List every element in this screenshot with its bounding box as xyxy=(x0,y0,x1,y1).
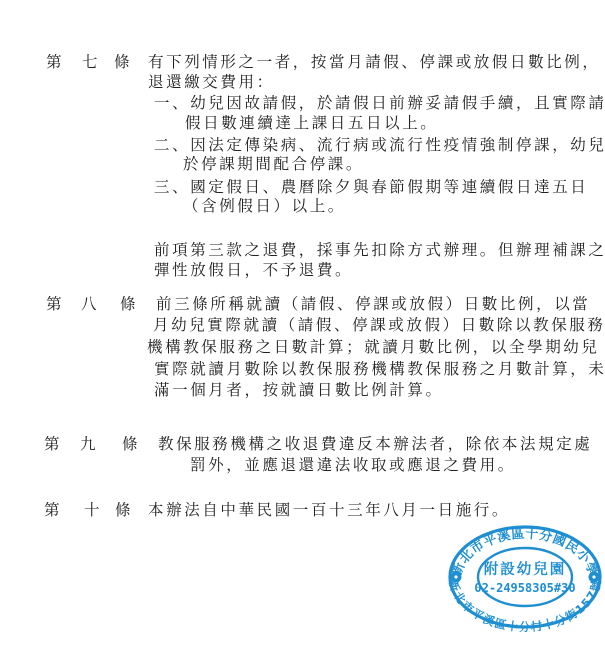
article-8-line-3: 機構教保服務之日數計算；就讀月數比例，以全學期幼兒 xyxy=(147,337,600,357)
article-8-label-di: 第 xyxy=(46,294,62,314)
article-7-item-2-line-2: 於停課期間配合停課。 xyxy=(183,154,364,174)
article-8-label-tiao: 條 xyxy=(120,294,136,314)
article-9-line-1: 教保服務機構之收退費違反本辦法者，除依本法規定處 xyxy=(158,434,592,454)
article-7-item-2-line-1: 二、因法定傳染病、流行病或流行性疫情強制停課，幼兒 xyxy=(154,135,605,155)
article-8-line-5: 滿一個月者，按就讀日數比例計算。 xyxy=(154,380,444,400)
article-8-line-1: 前三條所稱就讀（請假、停課或放假）日數比例，以當 xyxy=(156,294,590,314)
article-9-label-di: 第 xyxy=(44,434,60,454)
kindergarten-official-stamp: 新北市平溪區十分國民小學 新北市平溪區十分村十分街157號 附設幼兒園 02-2… xyxy=(446,522,604,632)
article-7-label-di: 第 xyxy=(46,52,62,72)
stamp-graphic: 新北市平溪區十分國民小學 新北市平溪區十分村十分街157號 附設幼兒園 02-2… xyxy=(446,522,604,632)
article-8-line-4: 實際就讀月數除以教保服務機構教保服務之月數計算，未 xyxy=(154,359,605,379)
article-9-label-num: 九 xyxy=(80,434,96,454)
article-7-item-1-line-2: 假日數連續達上課日五日以上。 xyxy=(185,113,438,133)
article-10-label-num: 十 xyxy=(84,500,100,520)
article-10-line-1: 本辦法自中華民國一百十三年八月一日施行。 xyxy=(148,500,510,520)
article-7-note-line-2: 彈性放假日，不予退費。 xyxy=(154,260,353,280)
article-8-label-num: 八 xyxy=(81,294,97,314)
article-7-item-1-line-1: 一、幼兒因故請假，於請假日前辦妥請假手續，且實際請 xyxy=(154,93,605,113)
article-7-line-1: 有下列情形之一者，按當月請假、停課或放假日數比例， xyxy=(148,52,601,72)
article-10-label-tiao: 條 xyxy=(115,500,131,520)
article-7-label-tiao: 條 xyxy=(114,52,130,72)
article-7-label-num: 七 xyxy=(82,52,98,72)
article-9-line-2: 罰外，並應退還違法收取或應退之費用。 xyxy=(190,455,516,475)
article-8-line-2: 月幼兒實際就讀（請假、停課或放假）日數除以教保服務 xyxy=(153,315,605,335)
article-7-item-3-line-1: 三、國定假日、農曆除夕與春節假期等連續假日達五日 xyxy=(154,177,588,197)
stamp-center-phone: 02-24958305#30 xyxy=(474,581,575,595)
stamp-center-title: 附設幼兒園 xyxy=(484,560,567,578)
article-7-note-line-1: 前項第三款之退費，採事先扣除方式辦理。但辦理補課之 xyxy=(154,240,605,260)
article-7-line-2: 退還繳交費用： xyxy=(148,72,275,92)
article-7-item-3-line-2: （含例假日）以上。 xyxy=(183,196,346,216)
article-10-label-di: 第 xyxy=(44,500,60,520)
article-9-label-tiao: 條 xyxy=(122,434,138,454)
